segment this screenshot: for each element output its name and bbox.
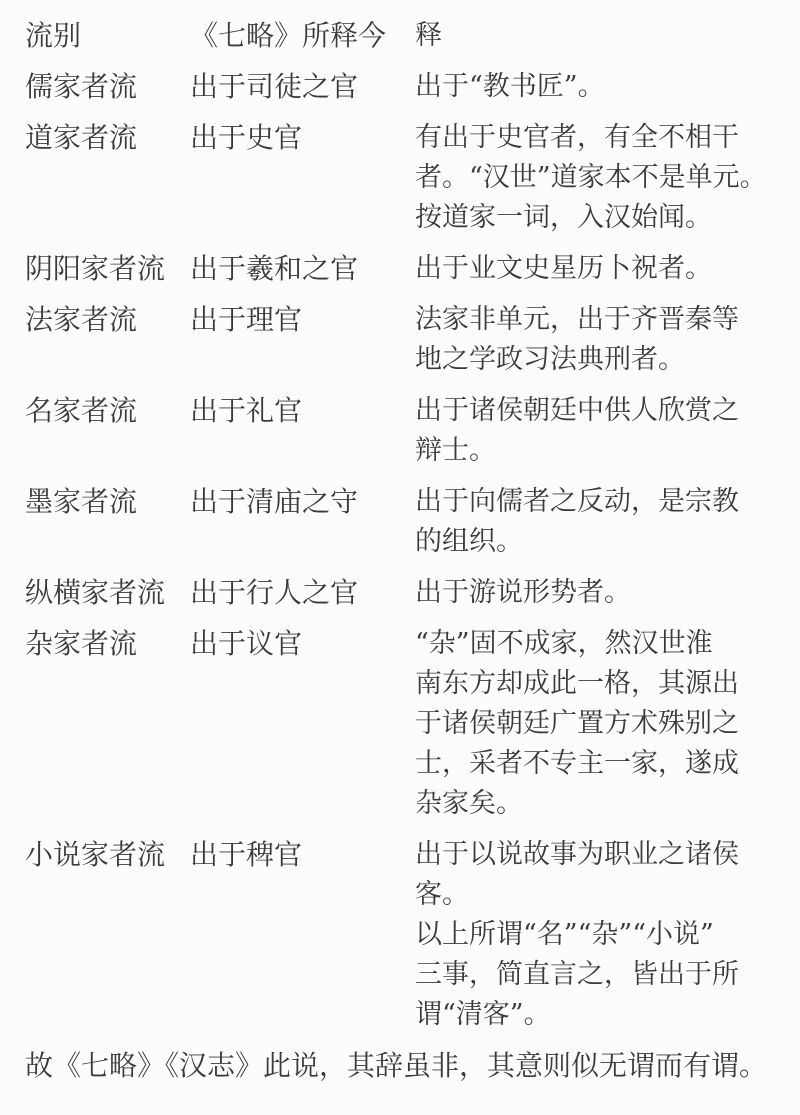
header-cell-modern: 释 <box>415 16 800 56</box>
table-row: 法家者流出于理官法家非单元，出于齐晋秦等 地之学政习法典刑者。 <box>25 300 800 380</box>
cell-qilue-origin: 出于礼官 <box>190 391 415 431</box>
schools-table: 流别 《七略》所释今 释 儒家者流出于司徒之官出于“教书匠”。道家者流出于史官有… <box>25 16 800 1035</box>
cell-qilue-origin: 出于司徒之官 <box>190 67 415 107</box>
cell-qilue-origin: 出于议官 <box>190 624 415 664</box>
cell-modern-interpretation: “杂”固不成家，然汉世淮 南东方却成此一格，其源出 于诸侯朝廷广置方术殊别之 士… <box>415 624 800 824</box>
cell-qilue-origin: 出于羲和之官 <box>190 249 415 289</box>
cell-school: 纵横家者流 <box>25 573 190 613</box>
table-row: 小说家者流出于稗官出于以说故事为职业之诸侯 客。 以上所谓“名”“杂”“小说” … <box>25 835 800 1035</box>
cell-modern-interpretation: 出于游说形势者。 <box>415 573 800 613</box>
cell-qilue-origin: 出于清庙之守 <box>190 482 415 522</box>
cell-school: 儒家者流 <box>25 67 190 107</box>
cell-school: 法家者流 <box>25 300 190 340</box>
table-row: 阴阳家者流出于羲和之官出于业文史星历卜祝者。 <box>25 249 800 289</box>
cell-modern-interpretation: 出于“教书匠”。 <box>415 67 800 107</box>
table-row: 道家者流出于史官有出于史官者，有全不相干 者。“汉世”道家本不是单元。 按道家一… <box>25 118 800 238</box>
cell-modern-interpretation: 有出于史官者，有全不相干 者。“汉世”道家本不是单元。 按道家一词，入汉始闻。 <box>415 118 800 238</box>
table-row: 墨家者流出于清庙之守出于向儒者之反动，是宗教 的组织。 <box>25 482 800 562</box>
cell-school: 小说家者流 <box>25 835 190 875</box>
header-cell-qilue: 《七略》所释今 <box>190 16 415 56</box>
header-cell-school: 流别 <box>25 16 190 56</box>
cell-school: 名家者流 <box>25 391 190 431</box>
cell-school: 阴阳家者流 <box>25 249 190 289</box>
cell-qilue-origin: 出于理官 <box>190 300 415 340</box>
table-header-row: 流别 《七略》所释今 释 <box>25 16 800 56</box>
cell-modern-interpretation: 法家非单元，出于齐晋秦等 地之学政习法典刑者。 <box>415 300 800 380</box>
cell-qilue-origin: 出于稗官 <box>190 835 415 875</box>
cell-modern-interpretation: 出于向儒者之反动，是宗教 的组织。 <box>415 482 800 562</box>
cell-school: 道家者流 <box>25 118 190 158</box>
cell-qilue-origin: 出于行人之官 <box>190 573 415 613</box>
cell-school: 杂家者流 <box>25 624 190 664</box>
cell-modern-interpretation: 出于诸侯朝廷中供人欣赏之 辩士。 <box>415 391 800 471</box>
table-row: 纵横家者流出于行人之官出于游说形势者。 <box>25 573 800 613</box>
table-row: 名家者流出于礼官出于诸侯朝廷中供人欣赏之 辩士。 <box>25 391 800 471</box>
closing-remark: 故《七略》《汉志》此说，其辞虽非，其意则似无谓而有谓。 <box>25 1046 800 1086</box>
cell-school: 墨家者流 <box>25 482 190 522</box>
table-row: 儒家者流出于司徒之官出于“教书匠”。 <box>25 67 800 107</box>
cell-modern-interpretation: 出于业文史星历卜祝者。 <box>415 249 800 289</box>
table-row: 杂家者流出于议官“杂”固不成家，然汉世淮 南东方却成此一格，其源出 于诸侯朝廷广… <box>25 624 800 824</box>
document-page: 流别 《七略》所释今 释 儒家者流出于司徒之官出于“教书匠”。道家者流出于史官有… <box>0 0 800 1086</box>
table-body: 儒家者流出于司徒之官出于“教书匠”。道家者流出于史官有出于史官者，有全不相干 者… <box>25 67 800 1035</box>
cell-modern-interpretation: 出于以说故事为职业之诸侯 客。 以上所谓“名”“杂”“小说” 三事，简直言之，皆… <box>415 835 800 1035</box>
cell-qilue-origin: 出于史官 <box>190 118 415 158</box>
